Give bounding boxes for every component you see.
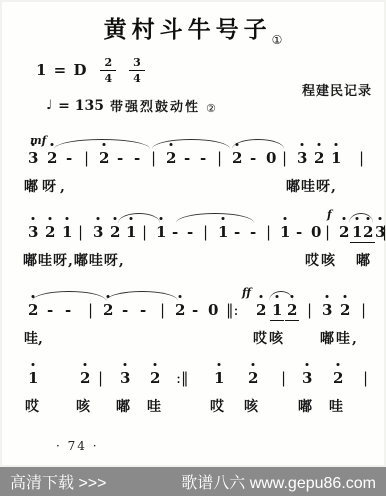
note: 2 [256, 300, 266, 320]
score-sheet: 黄村斗牛号子① 1 = D 2 4 3 4 程建民记录 ♩ = 135 带强烈鼓… [0, 0, 386, 467]
duration-dash: - [187, 222, 193, 242]
lyric-syllable: 咳 [76, 396, 90, 416]
duration-dash: - [66, 148, 72, 168]
note: 2 [45, 222, 55, 242]
lyric-syllable: 哇 [329, 396, 343, 416]
music-line: f321|321|1--|1--|1-0|2123|嘟哇呀,嘟哇呀,哎咳嘟 [0, 208, 386, 270]
note: 2 [103, 300, 113, 320]
note: 2 [110, 222, 120, 242]
note: 1 [156, 222, 166, 242]
note: 3 [297, 148, 307, 168]
slur-arc [118, 213, 160, 223]
dynamic-marking: ff [242, 286, 251, 299]
note: 3 [302, 368, 312, 388]
site-link[interactable]: 歌谱八六 www.gepu86.com [181, 470, 376, 493]
note: 3 [120, 368, 130, 388]
music-line: mf32-|2--|2--|2-0|321|嘟呀,嘟哇呀, [0, 134, 386, 196]
barline: | [307, 300, 312, 320]
note: 1 [214, 368, 224, 388]
lyric-syllable: 哎 [25, 396, 39, 416]
note: 2 [47, 148, 57, 168]
barline: ‖: [226, 300, 239, 320]
score-lines: mf32-|2--|2--|2-0|321|嘟呀,嘟哇呀,f321|321|1-… [0, 0, 386, 467]
hd-download-link[interactable]: 高清下载 >>> [10, 470, 106, 493]
barline: | [382, 222, 386, 242]
duration-dash: - [192, 300, 198, 320]
barline: | [78, 222, 83, 242]
barline: | [363, 368, 368, 388]
lyric-syllable: 哎 [210, 396, 224, 416]
note: 1 [331, 148, 341, 168]
lyric-syllable: 嘟哇呀, [286, 176, 337, 196]
music-line: 12|32:‖12|32|哎咳嘟哇哎咳嘟哇 [0, 354, 386, 416]
music-line: ff2--|2--|2-0‖:212|32|哇,哎咳嘟哇, [0, 286, 386, 348]
note: 2 [339, 222, 349, 242]
duration-dash: - [117, 148, 123, 168]
note: 1 [126, 222, 136, 242]
lyric-syllable: 哇 [147, 396, 161, 416]
note: 3 [28, 148, 38, 168]
lyric-syllable: 嘟 [356, 250, 370, 270]
note: 2 [80, 368, 90, 388]
duration-dash: - [200, 148, 206, 168]
barline: | [282, 148, 287, 168]
lyric-syllable: 嘟呀, [24, 176, 69, 196]
lyric-syllable: 哎咳 [253, 328, 285, 348]
duration-dash: - [234, 222, 240, 242]
barline: | [217, 148, 222, 168]
duration-dash: - [134, 148, 140, 168]
lyric-syllable: 嘟 [116, 396, 130, 416]
duration-dash: - [250, 148, 256, 168]
barline: | [151, 148, 156, 168]
page-number: · 74 · [56, 439, 99, 453]
note: 2 [99, 148, 109, 168]
note: 1 [218, 222, 228, 242]
rest-note: 0 [266, 148, 276, 168]
note: 2 [314, 148, 324, 168]
note: 2 [333, 368, 343, 388]
lyric-syllable: 嘟哇, [320, 328, 359, 348]
note: 2 [232, 148, 242, 168]
barline: | [98, 368, 103, 388]
duration-dash: - [47, 300, 53, 320]
note: 2 [361, 222, 375, 243]
lyric-syllable: 咳 [244, 396, 258, 416]
duration-dash: - [296, 222, 302, 242]
note: 3 [93, 222, 103, 242]
barline: | [266, 222, 271, 242]
rest-note: 0 [208, 300, 218, 320]
bottom-bar: 高清下载 >>> 歌谱八六 www.gepu86.com [0, 467, 386, 496]
note: 1 [28, 368, 38, 388]
note: 2 [150, 368, 160, 388]
note: 3 [28, 222, 38, 242]
lyric-syllable: 嘟 [298, 396, 312, 416]
duration-dash: - [184, 148, 190, 168]
note: 2 [285, 300, 299, 321]
barline: | [361, 300, 366, 320]
sheet-music-page: 黄村斗牛号子① 1 = D 2 4 3 4 程建民记录 ♩ = 135 带强烈鼓… [0, 0, 386, 496]
note: 1 [280, 222, 290, 242]
barline: | [88, 300, 93, 320]
note: 1 [270, 300, 284, 321]
note: 2 [28, 300, 38, 320]
rest-note: 0 [311, 222, 321, 242]
note: 2 [248, 368, 258, 388]
duration-dash: - [140, 300, 146, 320]
duration-dash: - [250, 222, 256, 242]
duration-dash: - [65, 300, 71, 320]
barline: | [160, 300, 165, 320]
note: 2 [166, 148, 176, 168]
barline: | [142, 222, 147, 242]
barline: | [359, 148, 364, 168]
barline: | [203, 222, 208, 242]
lyric-syllable: 嘟哇呀,嘟哇呀, [23, 250, 125, 270]
duration-dash: - [122, 300, 128, 320]
barline: :‖ [176, 368, 189, 388]
duration-dash: - [172, 222, 178, 242]
lyric-syllable: 哎咳 [305, 250, 337, 270]
note: 1 [62, 222, 72, 242]
note: 2 [175, 300, 185, 320]
note: 3 [322, 300, 332, 320]
note: 2 [340, 300, 350, 320]
barline: | [84, 148, 89, 168]
lyric-syllable: 哇, [24, 328, 43, 348]
barline: | [325, 222, 330, 242]
dynamic-marking: f [327, 208, 332, 221]
barline: | [281, 368, 286, 388]
